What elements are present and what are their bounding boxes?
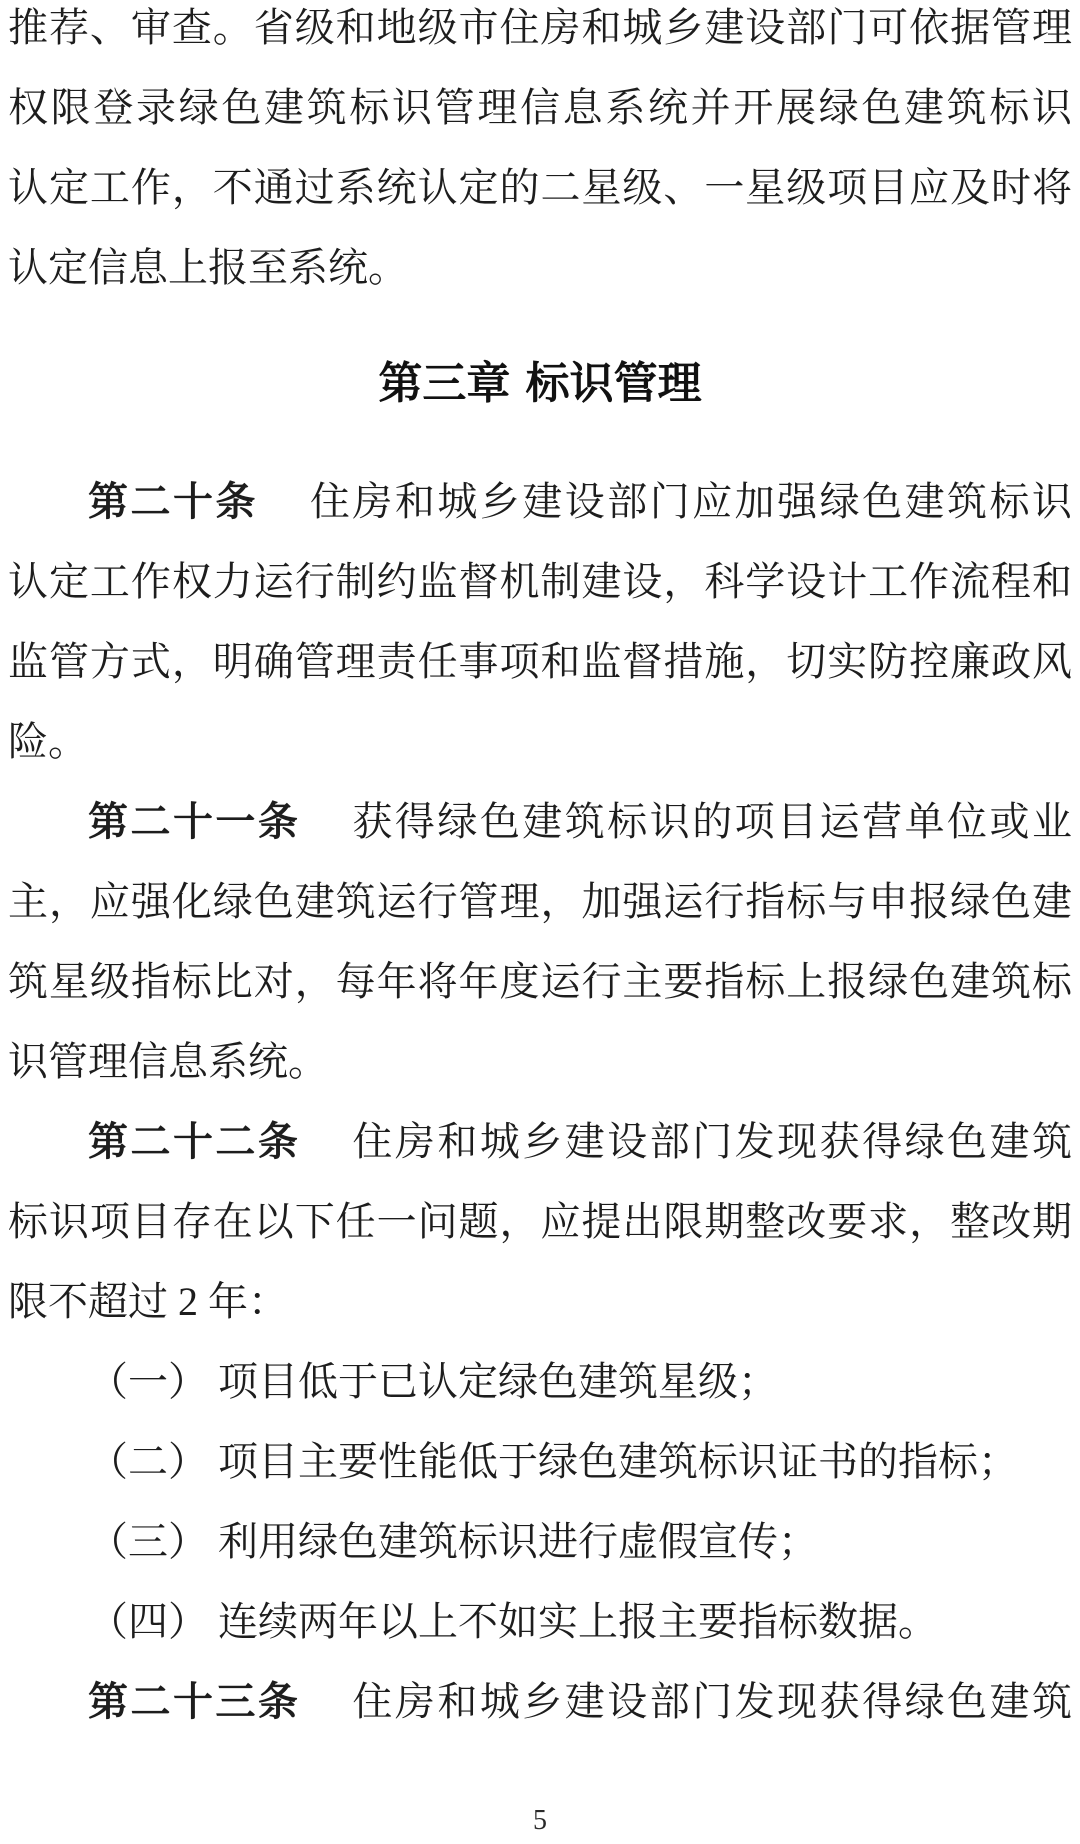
text-line: 第二十三条住房和城乡建设部门发现获得绿色建筑 xyxy=(8,1662,1072,1742)
list-item: （一） 项目低于已认定绿色建筑星级； xyxy=(8,1342,1072,1422)
article-text: 住房和城乡建设部门应加强绿色建筑标识 xyxy=(310,479,1072,524)
text-block: 推荐、审查。省级和地级市住房和城乡建设部门可依据管理 权限登录绿色建筑标识管理信… xyxy=(0,0,1080,1742)
list-item: （四） 连续两年以上不如实上报主要指标数据。 xyxy=(8,1582,1072,1662)
text-line: 标识项目存在以下任一问题，应提出限期整改要求，整改期 xyxy=(8,1182,1072,1262)
text-line: 权限登录绿色建筑标识管理信息系统并开展绿色建筑标识 xyxy=(8,68,1072,148)
document-page: 推荐、审查。省级和地级市住房和城乡建设部门可依据管理 权限登录绿色建筑标识管理信… xyxy=(0,0,1080,1844)
text-line: 认定工作，不通过系统认定的二星级、一星级项目应及时将 xyxy=(8,148,1072,228)
text-line: 识管理信息系统。 xyxy=(8,1022,1072,1102)
article-text: 住房和城乡建设部门发现获得绿色建筑 xyxy=(352,1119,1072,1164)
article-number: 第二十三条 xyxy=(88,1679,300,1725)
article-number: 第二十二条 xyxy=(88,1119,300,1165)
article-text: 住房和城乡建设部门发现获得绿色建筑 xyxy=(352,1679,1072,1724)
article-text: 获得绿色建筑标识的项目运营单位或业 xyxy=(352,799,1072,844)
text-line: 筑星级指标比对，每年将年度运行主要指标上报绿色建筑标 xyxy=(8,942,1072,1022)
article-number: 第二十条 xyxy=(88,479,258,525)
text-line: 限不超过 2 年： xyxy=(8,1262,1072,1342)
page-number: 5 xyxy=(0,1806,1080,1836)
text-line: 第二十条住房和城乡建设部门应加强绿色建筑标识 xyxy=(8,462,1072,542)
article-number: 第二十一条 xyxy=(88,799,300,845)
text-line: 第二十二条住房和城乡建设部门发现获得绿色建筑 xyxy=(8,1102,1072,1182)
text-line: 主，应强化绿色建筑运行管理，加强运行指标与申报绿色建 xyxy=(8,862,1072,942)
text-line: 认定信息上报至系统。 xyxy=(8,228,1072,308)
chapter-heading: 第三章 标识管理 xyxy=(8,344,1072,424)
list-item: （三） 利用绿色建筑标识进行虚假宣传； xyxy=(8,1502,1072,1582)
text-line: 监管方式，明确管理责任事项和监督措施，切实防控廉政风 xyxy=(8,622,1072,702)
text-line: 第二十一条获得绿色建筑标识的项目运营单位或业 xyxy=(8,782,1072,862)
text-line: 认定工作权力运行制约监督机制建设，科学设计工作流程和 xyxy=(8,542,1072,622)
text-line: 险。 xyxy=(8,702,1072,782)
list-item: （二） 项目主要性能低于绿色建筑标识证书的指标； xyxy=(8,1422,1072,1502)
text-line: 推荐、审查。省级和地级市住房和城乡建设部门可依据管理 xyxy=(8,0,1072,68)
